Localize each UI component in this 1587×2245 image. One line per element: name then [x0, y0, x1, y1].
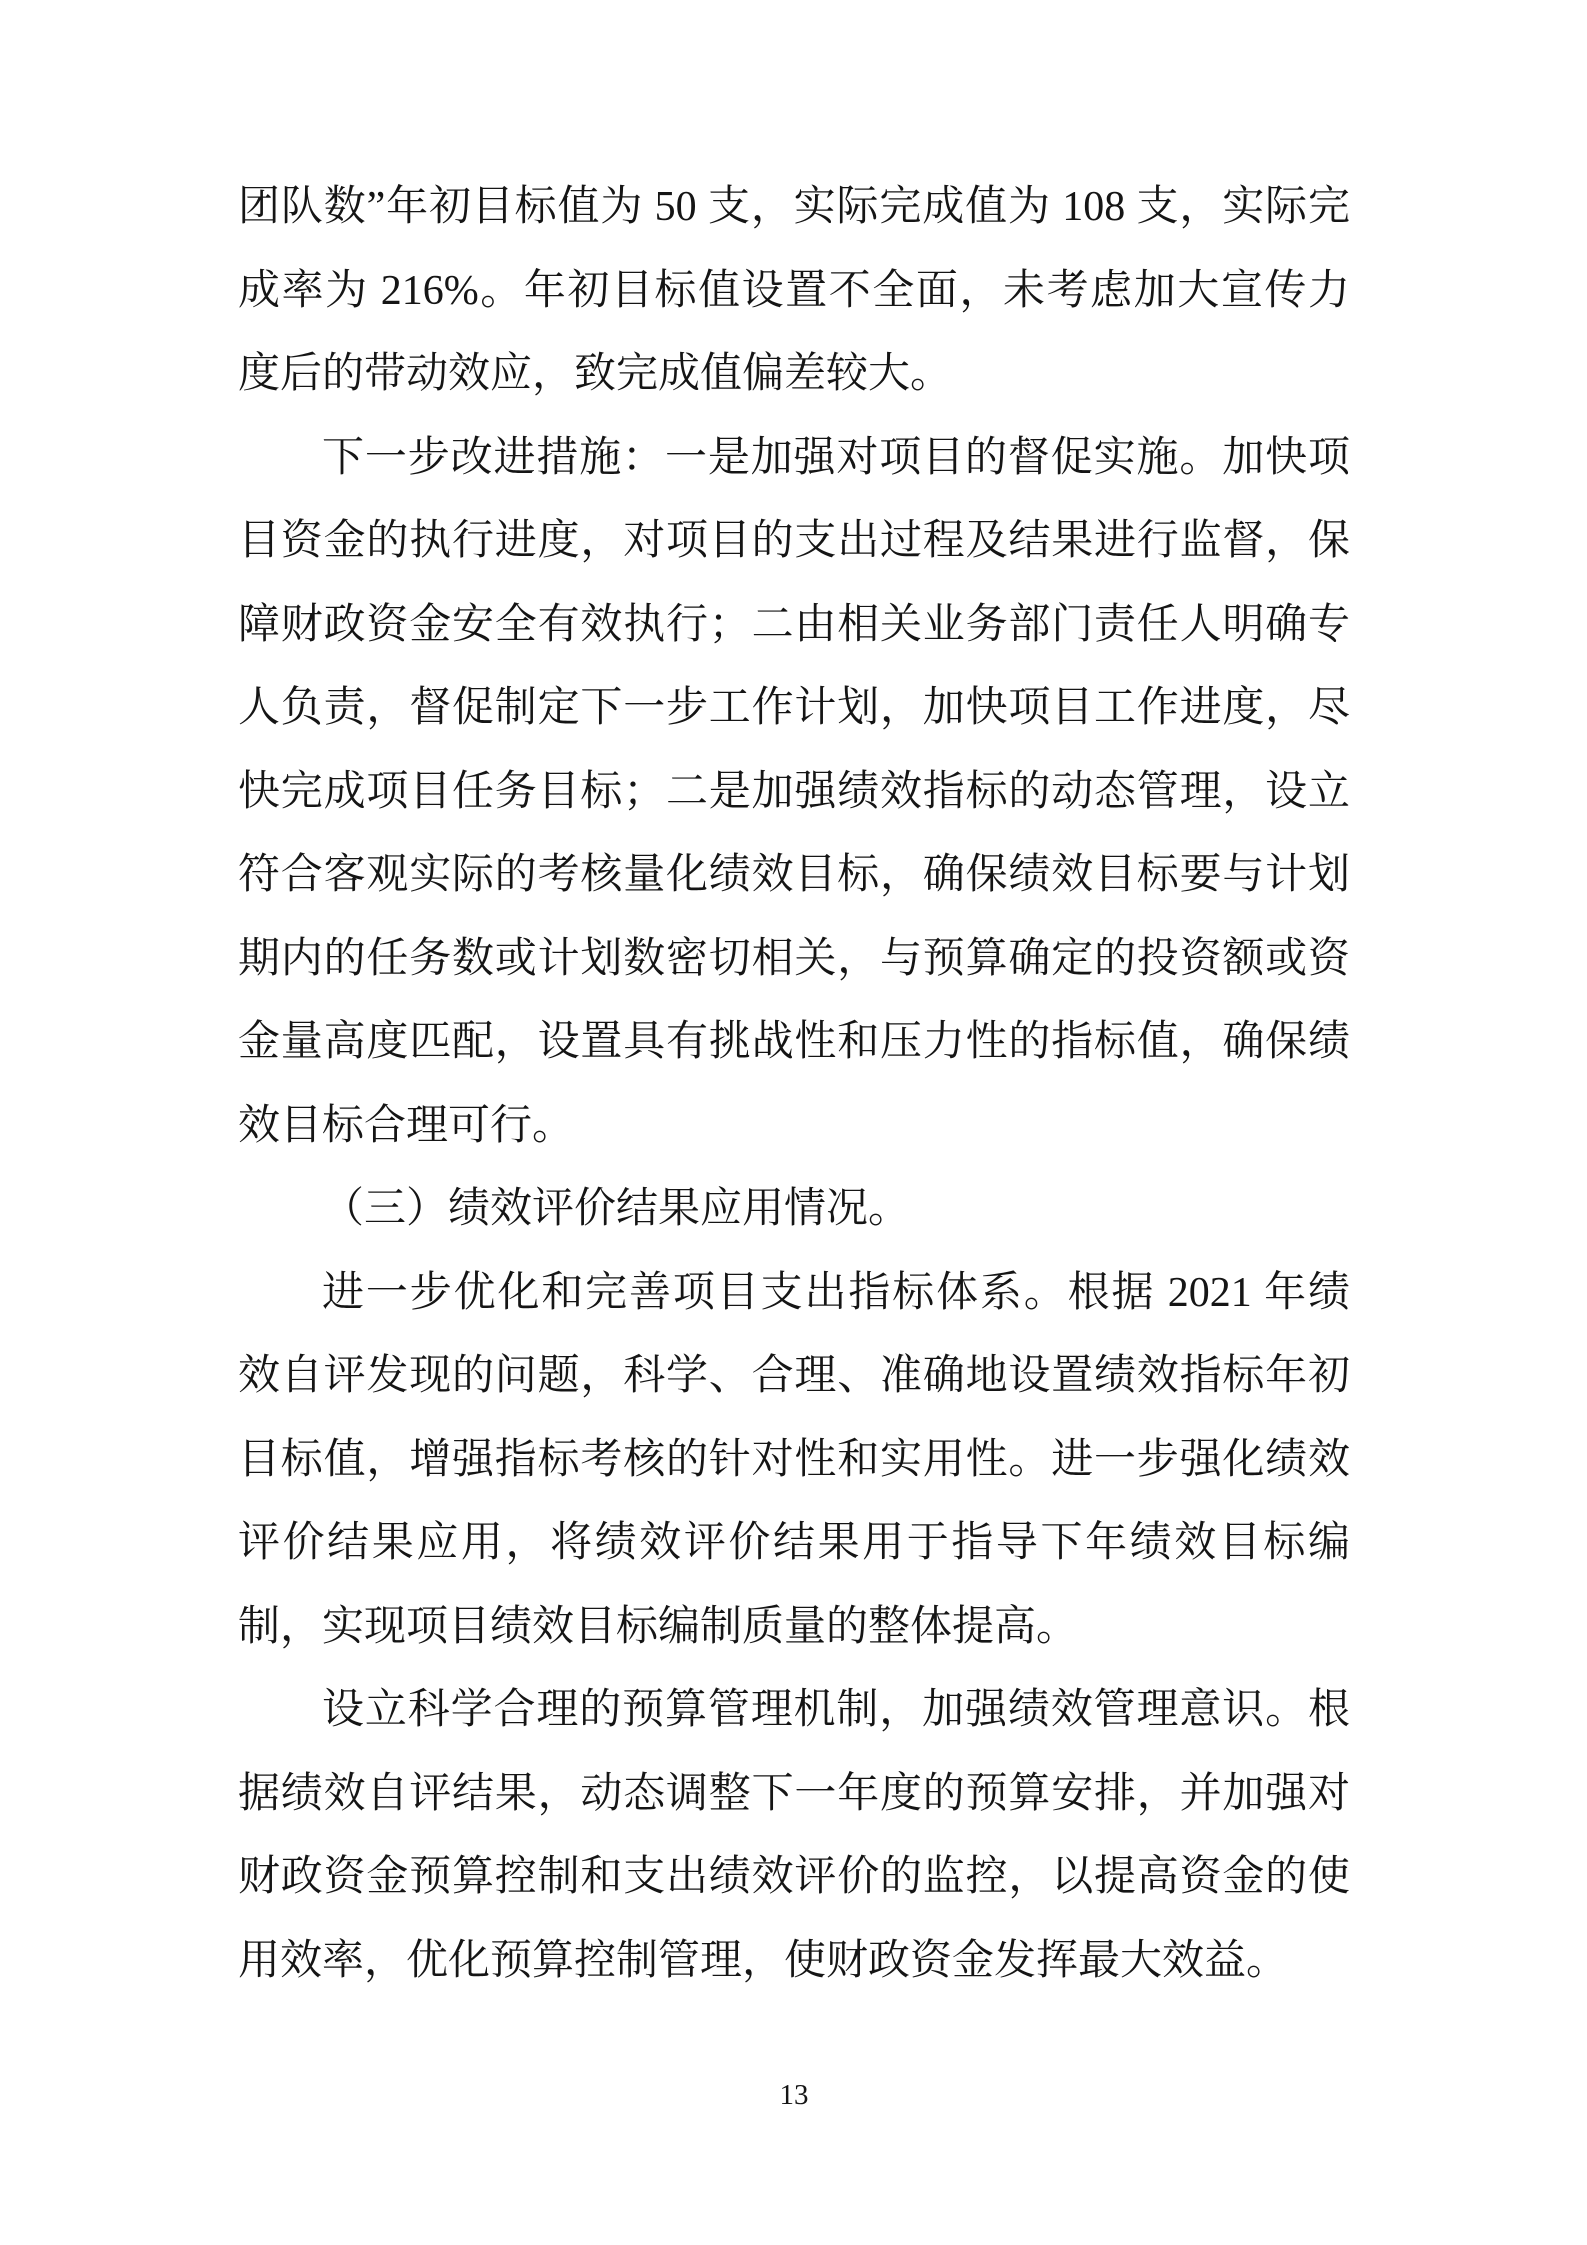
body-paragraph: 进一步优化和完善项目支出指标体系。根据 2021 年绩效自评发现的问题，科学、合…: [238, 1252, 1350, 1670]
body-paragraph: 设立科学合理的预算管理机制，加强绩效管理意识。根据绩效自评结果，动态调整下一年度…: [238, 1669, 1350, 2003]
body-paragraph: 团队数”年初目标值为 50 支，实际完成值为 108 支，实际完成率为 216%…: [238, 166, 1350, 417]
section-heading: （三）绩效评价结果应用情况。: [238, 1168, 1350, 1252]
body-paragraph: 下一步改进措施：一是加强对项目的督促实施。加快项目资金的执行进度，对项目的支出过…: [238, 417, 1350, 1169]
document-body: 团队数”年初目标值为 50 支，实际完成值为 108 支，实际完成率为 216%…: [238, 166, 1350, 2003]
page-number: 13: [238, 2078, 1350, 2112]
document-page: 团队数”年初目标值为 50 支，实际完成值为 108 支，实际完成率为 216%…: [0, 0, 1587, 2245]
